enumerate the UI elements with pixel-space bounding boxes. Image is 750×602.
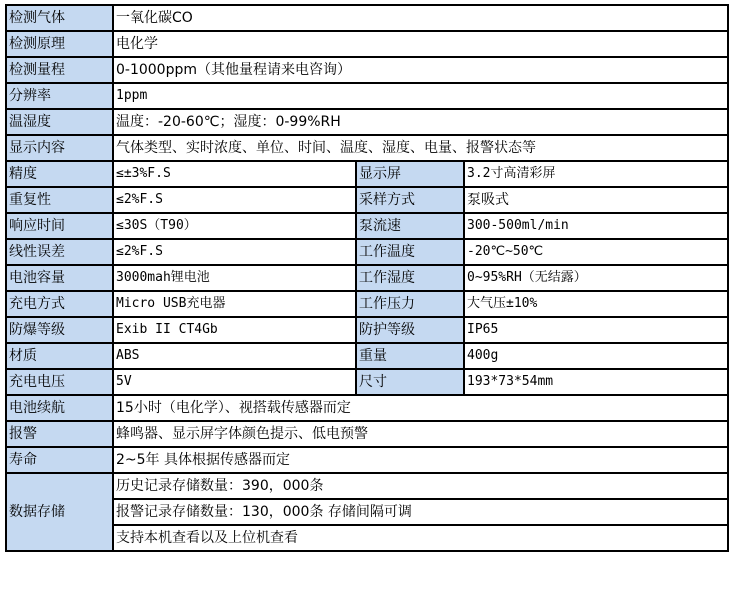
row-value: Exib II CT4Gb	[113, 317, 356, 343]
table-row: 数据存储 历史记录存储数量：390，000条	[6, 473, 728, 499]
row-value: 气体类型、实时浓度、单位、时间、温度、湿度、电量、报警状态等	[113, 135, 728, 161]
storage-line: 报警记录存储数量：130，000条 存储间隔可调	[113, 499, 728, 525]
row-label: 检测量程	[6, 57, 113, 83]
row-label: 检测气体	[6, 5, 113, 31]
row-label: 工作温度	[356, 239, 464, 265]
row-label: 充电方式	[6, 291, 113, 317]
row-value: 大气压±10%	[464, 291, 728, 317]
row-value: ≤2%F.S	[113, 187, 356, 213]
row-label: 采样方式	[356, 187, 464, 213]
table-row: 温湿度 温度：-20-60℃；湿度：0-99%RH	[6, 109, 728, 135]
row-value: 15小时（电化学）、视搭载传感器而定	[113, 395, 728, 421]
row-value: 300-500ml/min	[464, 213, 728, 239]
row-label: 精度	[6, 161, 113, 187]
table-row: 检测量程 0-1000ppm（其他量程请来电咨询）	[6, 57, 728, 83]
row-label: 防爆等级	[6, 317, 113, 343]
row-value: 3000mah锂电池	[113, 265, 356, 291]
table-row: 充电电压 5V 尺寸 193*73*54mm	[6, 369, 728, 395]
row-label: 重量	[356, 343, 464, 369]
row-value: ≤2%F.S	[113, 239, 356, 265]
table-row: 分辨率 1ppm	[6, 83, 728, 109]
row-label: 尺寸	[356, 369, 464, 395]
spec-table: 检测气体 一氧化碳CO 检测原理 电化学 检测量程 0-1000ppm（其他量程…	[5, 4, 729, 552]
row-value: 蜂鸣器、显示屏字体颜色提示、低电预警	[113, 421, 728, 447]
table-row: 显示内容 气体类型、实时浓度、单位、时间、温度、湿度、电量、报警状态等	[6, 135, 728, 161]
table-row: 报警记录存储数量：130，000条 存储间隔可调	[6, 499, 728, 525]
table-row: 支持本机查看以及上位机查看	[6, 525, 728, 551]
table-row: 精度 ≤±3%F.S 显示屏 3.2寸高清彩屏	[6, 161, 728, 187]
row-label: 防护等级	[356, 317, 464, 343]
storage-line: 历史记录存储数量：390，000条	[113, 473, 728, 499]
row-value: 2~5年 具体根据传感器而定	[113, 447, 728, 473]
row-label: 工作压力	[356, 291, 464, 317]
row-label: 电池续航	[6, 395, 113, 421]
table-row: 寿命 2~5年 具体根据传感器而定	[6, 447, 728, 473]
row-value: Micro USB充电器	[113, 291, 356, 317]
row-value: 5V	[113, 369, 356, 395]
table-row: 响应时间 ≤30S（T90） 泵流速 300-500ml/min	[6, 213, 728, 239]
table-row: 防爆等级 Exib II CT4Gb 防护等级 IP65	[6, 317, 728, 343]
row-label: 充电电压	[6, 369, 113, 395]
row-value: 3.2寸高清彩屏	[464, 161, 728, 187]
row-label: 分辨率	[6, 83, 113, 109]
row-value: 泵吸式	[464, 187, 728, 213]
table-row: 检测原理 电化学	[6, 31, 728, 57]
row-label: 工作湿度	[356, 265, 464, 291]
row-value: 电化学	[113, 31, 728, 57]
row-label: 响应时间	[6, 213, 113, 239]
row-label: 报警	[6, 421, 113, 447]
table-row: 材质 ABS 重量 400g	[6, 343, 728, 369]
storage-label: 数据存储	[6, 473, 113, 551]
row-value: 0~95%RH（无结露）	[464, 265, 728, 291]
row-value: ≤30S（T90）	[113, 213, 356, 239]
row-label: 显示屏	[356, 161, 464, 187]
row-label: 重复性	[6, 187, 113, 213]
row-label: 线性误差	[6, 239, 113, 265]
row-label: 泵流速	[356, 213, 464, 239]
row-value: 温度：-20-60℃；湿度：0-99%RH	[113, 109, 728, 135]
row-value: 一氧化碳CO	[113, 5, 728, 31]
row-label: 电池容量	[6, 265, 113, 291]
row-value: -20℃~50℃	[464, 239, 728, 265]
row-value: ≤±3%F.S	[113, 161, 356, 187]
table-row: 充电方式 Micro USB充电器 工作压力 大气压±10%	[6, 291, 728, 317]
row-label: 检测原理	[6, 31, 113, 57]
table-row: 电池续航 15小时（电化学）、视搭载传感器而定	[6, 395, 728, 421]
row-label: 材质	[6, 343, 113, 369]
row-value: 193*73*54mm	[464, 369, 728, 395]
table-row: 电池容量 3000mah锂电池 工作湿度 0~95%RH（无结露）	[6, 265, 728, 291]
row-label: 寿命	[6, 447, 113, 473]
row-label: 显示内容	[6, 135, 113, 161]
table-row: 重复性 ≤2%F.S 采样方式 泵吸式	[6, 187, 728, 213]
table-row: 线性误差 ≤2%F.S 工作温度 -20℃~50℃	[6, 239, 728, 265]
row-value: IP65	[464, 317, 728, 343]
table-row: 检测气体 一氧化碳CO	[6, 5, 728, 31]
row-value: 400g	[464, 343, 728, 369]
table-row: 报警 蜂鸣器、显示屏字体颜色提示、低电预警	[6, 421, 728, 447]
row-value: ABS	[113, 343, 356, 369]
row-label: 温湿度	[6, 109, 113, 135]
row-value: 0-1000ppm（其他量程请来电咨询）	[113, 57, 728, 83]
row-value: 1ppm	[113, 83, 728, 109]
storage-line: 支持本机查看以及上位机查看	[113, 525, 728, 551]
